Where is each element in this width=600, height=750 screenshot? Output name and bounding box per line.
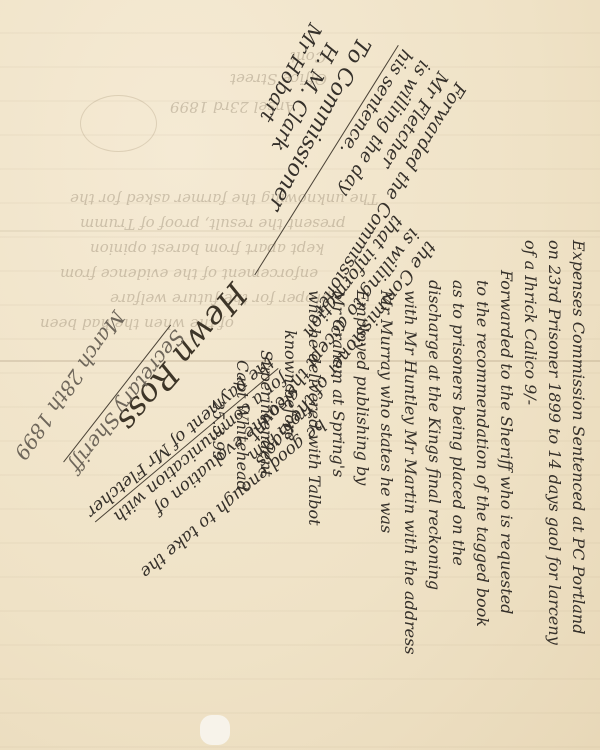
- note-line: Mr Murray who states he was: [374, 290, 398, 655]
- note-line: discharge at the Kings final reckoning: [422, 280, 446, 655]
- faint-stamp: [80, 95, 157, 152]
- note-line: who he delivered with Talbot: [302, 290, 326, 655]
- note-line: with Mr Huntley Mr Martin with the addre…: [398, 290, 422, 655]
- note-line: of a Ihrick Calico 9/-: [518, 240, 542, 655]
- note-line: as to prisoners being placed on the: [446, 280, 470, 655]
- note-line: to the recommendation of the tagged book: [470, 280, 494, 655]
- note-line: Mr Graham at Spring's: [326, 290, 350, 655]
- vertical-date: 25.3.99: [206, 400, 230, 655]
- note-line: known before: [278, 330, 302, 655]
- vertical-notes: Expenses Commission Sentenced at PC Port…: [206, 240, 590, 655]
- paper-tear: [200, 715, 230, 745]
- note-line: Forwarded to the Sheriff who is requeste…: [494, 270, 518, 655]
- note-line: on 23rd Prisoner 1899 to 14 days gaol fo…: [542, 240, 566, 655]
- sign-off: Superintendent: [254, 350, 278, 655]
- note-line: Expenses Commission Sentenced at PC Port…: [566, 240, 590, 655]
- sign-off: Capt Whitehead: [230, 360, 254, 655]
- note-line: Employed publishing by: [350, 290, 374, 655]
- document-page: Cont Office Street Ansel 23rd 1899 The u…: [0, 0, 600, 750]
